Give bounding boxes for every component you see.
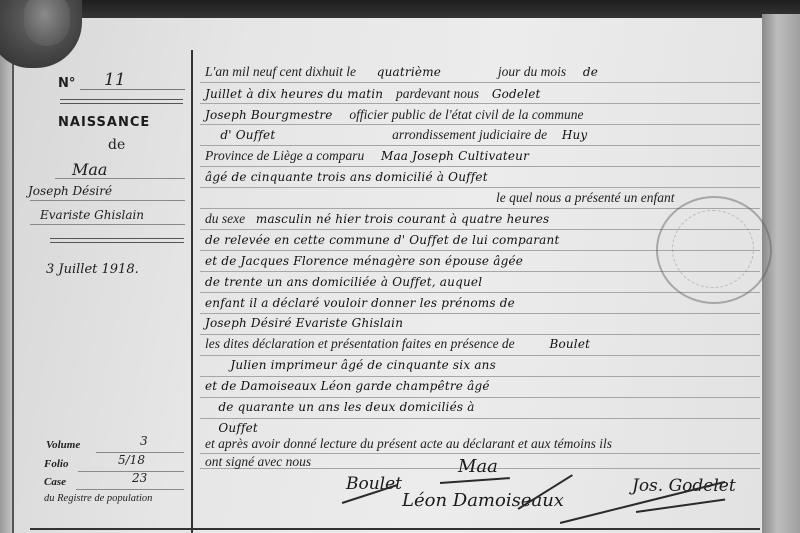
page-bottom-rule (30, 528, 760, 530)
divider-double (60, 99, 183, 104)
body-line-18: Ouffet (205, 420, 258, 436)
volume-value: 3 (140, 434, 148, 448)
child-first-names-1: Joseph Désiré (28, 184, 112, 198)
body-line-16: et de Damoiseaux Léon garde champêtre âg… (205, 378, 490, 394)
body-line-10: et de Jacques Florence ménagère son épou… (205, 253, 523, 269)
folio-line (78, 471, 184, 472)
volume-label: Volume (46, 439, 80, 451)
body-line-15: Julien imprimeur âgé de cinquante six an… (205, 357, 496, 373)
page-edge-right (762, 14, 800, 533)
body-line-3: Joseph Bourgmestre officier public de l'… (205, 107, 584, 123)
body-line-12: enfant il a déclaré vouloir donner les p… (205, 295, 515, 311)
case-label: Case (44, 476, 66, 488)
first-names-line-1 (30, 200, 185, 201)
folio-value: 5/18 (118, 453, 145, 467)
child-surname: Maa (72, 160, 107, 179)
body-line-17: de quarante un ans les deux domiciliés à (205, 399, 475, 415)
case-value: 23 (132, 471, 147, 485)
body-line-6: âgé de cinquante trois ans domicilié à O… (205, 169, 488, 185)
thumbnail-icon (24, 0, 70, 46)
body-line-19: et après avoir donné lecture du présent … (205, 436, 612, 452)
number-label: N° (58, 76, 75, 91)
body-line-20: ont signé avec nous (205, 454, 311, 470)
body-line-13: Joseph Désiré Evariste Ghislain (205, 315, 403, 331)
seal-inner-ring (672, 210, 754, 288)
birth-date: 3 Juillet 1918. (46, 262, 139, 277)
body-line-2: Juillet à dix heures du matin pardevant … (205, 86, 541, 102)
body-line-11: de trente un ans domiciliée à Ouffet, au… (205, 274, 482, 290)
body-line-8: du sexe masculin né hier trois courant à… (205, 211, 549, 227)
de-label: de (108, 137, 125, 153)
official-seal-stamp (656, 196, 772, 304)
handwritten-fill: quatrième (377, 65, 441, 79)
first-names-line-2 (30, 224, 185, 225)
folio-label: Folio (44, 458, 68, 470)
body-line-5: Province de Liège a comparu Maa Joseph C… (205, 148, 529, 164)
case-line (76, 489, 184, 490)
body-line-9: de relevée en cette commune d' Ouffet de… (205, 232, 559, 248)
margin-divider (191, 50, 193, 533)
child-first-names-2: Evariste Ghislain (40, 208, 144, 222)
section-heading: NAISSANCE (58, 115, 150, 130)
body-line-14: les dites déclaration et présentation fa… (205, 336, 590, 352)
register-footer: du Registre de population (44, 493, 152, 504)
signature-godelet: Jos. Godelet (632, 476, 736, 496)
divider-double-2 (50, 238, 184, 243)
number-underline (80, 89, 185, 90)
surname-line (55, 178, 185, 179)
body-line-4: d' Ouffet arrondissement judiciaire de H… (205, 127, 587, 143)
left-border (12, 30, 14, 533)
signature-maa: Maa (458, 456, 498, 477)
entry-number: 11 (104, 70, 126, 90)
body-line-7: le quel nous a présenté un enfant (496, 190, 674, 206)
body-line-1: L'an mil neuf cent dixhuit le quatrième … (205, 64, 598, 80)
